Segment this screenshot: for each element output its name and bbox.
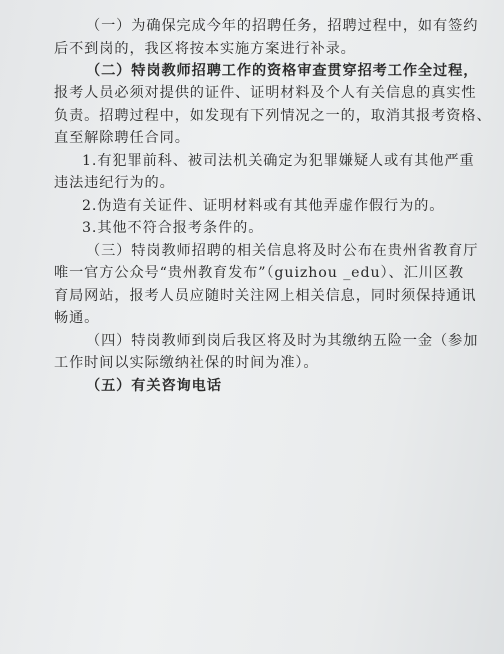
list-item: 3.其他不符合报考条件的。 [82,219,263,237]
paragraph-line: 负责。招聘过程中，如发现有下列情况之一的，取消其报考资格、 [54,107,492,125]
paragraph-line: 报考人员必须对提供的证件、证明材料及个人有关信息的真实性 [54,84,476,102]
paragraph-line: 唯一官方公众号“贵州教育发布”（guizhou _edu）、汇川区教 [54,264,464,282]
section-heading-line: （二）特岗教师招聘工作的资格审查贯穿招考工作全过程， [86,62,478,80]
paragraph-line: （四）特岗教师到岗后我区将及时为其缴纳五险一金（参加 [86,332,478,350]
document-page: （一）为确保完成今年的招聘任务，招聘过程中，如有签约 后不到岗的，我区将按本实施… [0,0,504,654]
paragraph-line: 直至解除聘任合同。 [54,129,190,147]
paragraph-line: 育局网站，报考人员应随时关注网上相关信息，同时须保持通讯 [54,287,476,305]
paragraph-line: （三）特岗教师招聘的相关信息将及时公布在贵州省教育厅 [86,242,478,260]
list-item: 1.有犯罪前科、被司法机关确定为犯罪嫌疑人或有其他严重 [82,152,475,170]
list-item: 2.伪造有关证件、证明材料或有其他弄虚作假行为的。 [82,197,444,215]
paragraph-line: 后不到岗的，我区将按本实施方案进行补录。 [54,40,356,58]
section-heading-line: （五）有关咨询电话 [86,377,222,395]
paragraph-line: 畅通。 [54,309,99,327]
paragraph-line: （一）为确保完成今年的招聘任务，招聘过程中，如有签约 [86,17,478,35]
paragraph-line: 违法违纪行为的。 [54,174,175,192]
paragraph-line: 工作时间以实际缴纳社保的时间为准）。 [54,354,318,372]
